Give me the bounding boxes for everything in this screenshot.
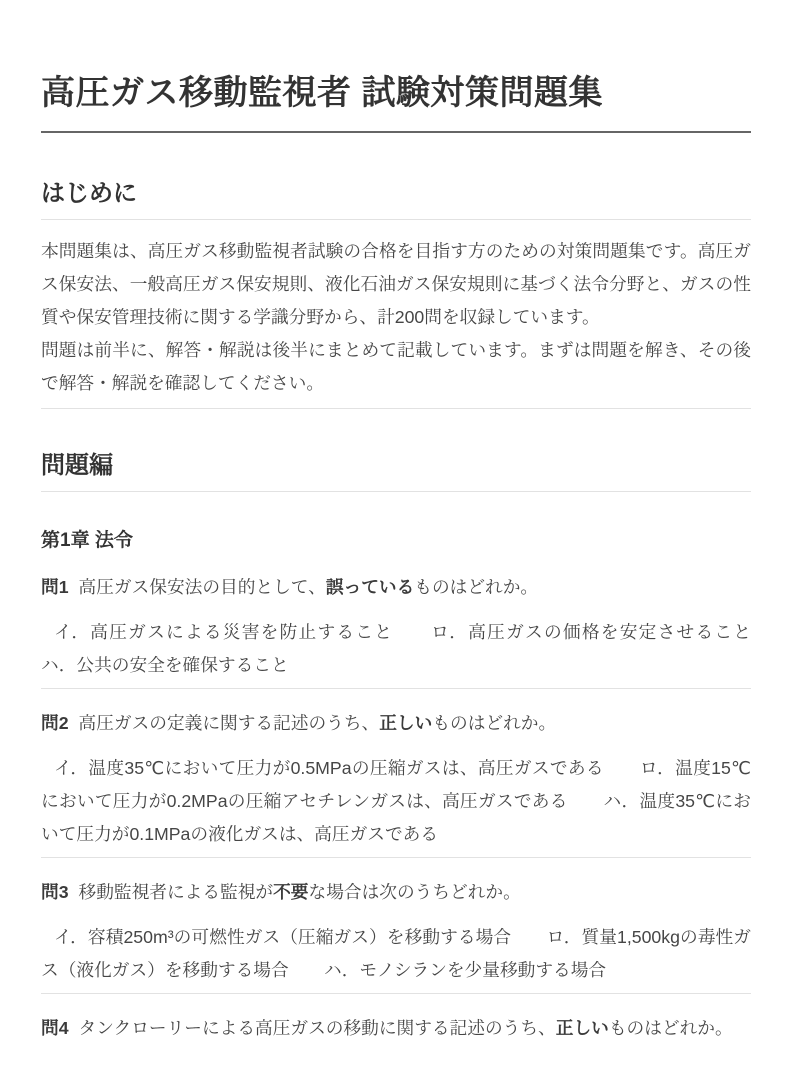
problems-section: 問題編 第1章 法令 問1高圧ガス保安法の目的として、誤っているものはどれか。 … bbox=[41, 451, 751, 1052]
question-1-text-after: ものはどれか。 bbox=[414, 577, 538, 597]
question-1-text: 問1高圧ガス保安法の目的として、誤っているものはどれか。 bbox=[41, 571, 751, 604]
intro-paragraph-2: 問題は前半に、解答・解説は後半にまとめて記載しています。まずは問題を解き、その後… bbox=[41, 334, 751, 400]
question-2-options: イ．温度35℃において圧力が0.5MPaの圧縮ガスは、高圧ガスである ロ．温度1… bbox=[41, 752, 751, 851]
document-page: 高圧ガス移動監視者 試験対策問題集 はじめに 本問題集は、高圧ガス移動監視者試験… bbox=[0, 0, 792, 1051]
chapter-1-heading: 第1章 法令 bbox=[41, 529, 751, 554]
page-title: 高圧ガス移動監視者 試験対策問題集 bbox=[41, 73, 751, 133]
question-2-text: 問2高圧ガスの定義に関する記述のうち、正しいものはどれか。 bbox=[41, 707, 751, 740]
intro-paragraph-1: 本問題集は、高圧ガス移動監視者試験の合格を目指す方のための対策問題集です。高圧ガ… bbox=[41, 235, 751, 334]
question-3-options: イ．容積250m³の可燃性ガス（圧縮ガス）を移動する場合 ロ．質量1,500kg… bbox=[41, 921, 751, 987]
question-4-label: 問4 bbox=[41, 1018, 69, 1038]
problems-heading: 問題編 bbox=[41, 451, 751, 492]
question-1-options: イ．高圧ガスによる災害を防止すること ロ．高圧ガスの価格を安定させること ハ．公… bbox=[41, 616, 751, 682]
question-3-text: 問3移動監視者による監視が不要な場合は次のうちどれか。 bbox=[41, 876, 751, 909]
intro-heading: はじめに bbox=[41, 179, 751, 220]
question-block-1: 問1高圧ガス保安法の目的として、誤っているものはどれか。 イ．高圧ガスによる災害… bbox=[41, 553, 751, 689]
question-block-2: 問2高圧ガスの定義に関する記述のうち、正しいものはどれか。 イ．温度35℃におい… bbox=[41, 689, 751, 858]
question-1-text-emphasis: 誤っている bbox=[326, 577, 414, 597]
question-2-text-before: 高圧ガスの定義に関する記述のうち、 bbox=[79, 713, 380, 733]
question-3-text-emphasis: 不要 bbox=[273, 882, 308, 902]
question-block-3: 問3移動監視者による監視が不要な場合は次のうちどれか。 イ．容積250m³の可燃… bbox=[41, 858, 751, 994]
question-1-text-before: 高圧ガス保安法の目的として、 bbox=[79, 577, 326, 597]
question-3-text-after: な場合は次のうちどれか。 bbox=[309, 882, 521, 902]
question-2-text-after: ものはどれか。 bbox=[432, 713, 556, 733]
question-2-label: 問2 bbox=[41, 713, 69, 733]
question-4-text-after: ものはどれか。 bbox=[609, 1018, 733, 1038]
question-4-text-emphasis: 正しい bbox=[556, 1018, 609, 1038]
question-2-text-emphasis: 正しい bbox=[379, 713, 432, 733]
section-divider bbox=[41, 408, 751, 409]
question-block-4: 問4タンクローリーによる高圧ガスの移動に関する記述のうち、正しいものはどれか。 bbox=[41, 994, 751, 1051]
question-4-text: 問4タンクローリーによる高圧ガスの移動に関する記述のうち、正しいものはどれか。 bbox=[41, 1012, 751, 1045]
intro-section: はじめに 本問題集は、高圧ガス移動監視者試験の合格を目指す方のための対策問題集で… bbox=[41, 179, 751, 400]
question-3-text-before: 移動監視者による監視が bbox=[79, 882, 274, 902]
question-4-text-before: タンクローリーによる高圧ガスの移動に関する記述のうち、 bbox=[79, 1018, 556, 1038]
question-1-label: 問1 bbox=[41, 577, 69, 597]
question-3-label: 問3 bbox=[41, 882, 69, 902]
